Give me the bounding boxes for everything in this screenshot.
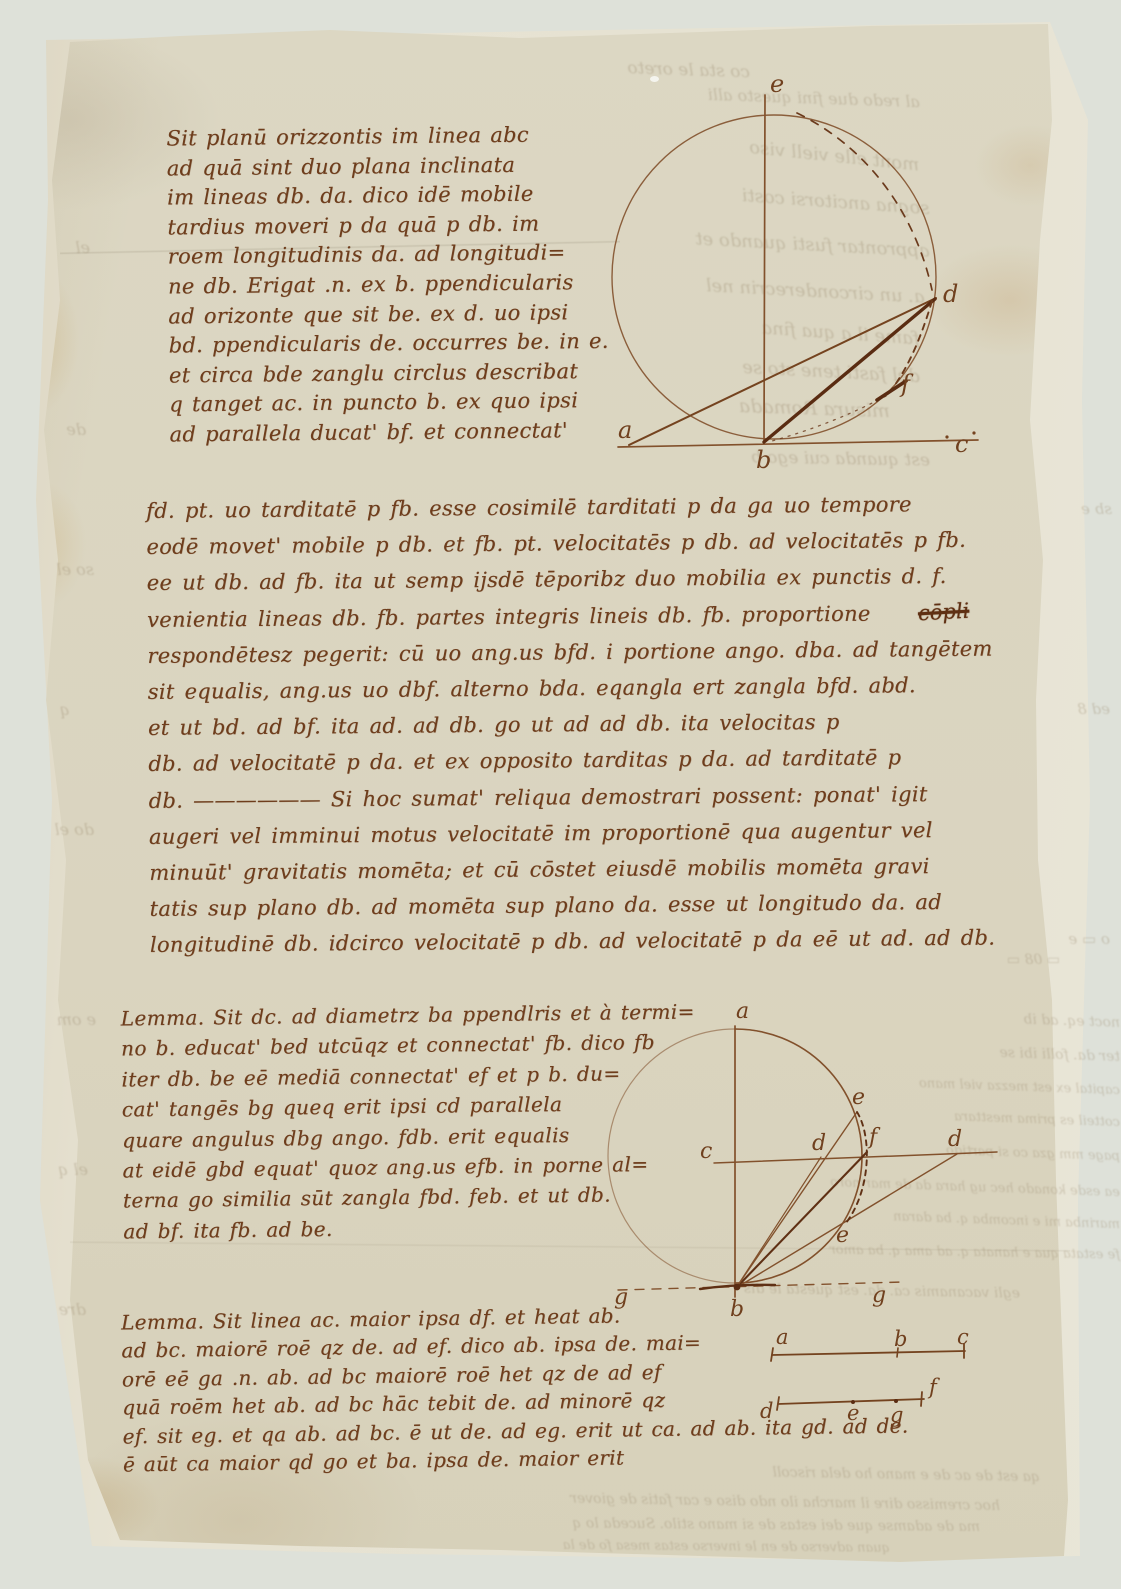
lemma-1-text: Lemma. Sit dc. ad diametrz ba ppendlris … — [121, 997, 689, 1247]
label-e: e — [770, 70, 784, 98]
text-line: ne db. Erigat .n. ex b. ppendicularis — [168, 268, 638, 303]
dashed-chord-efe — [846, 1112, 867, 1223]
label-d: d — [943, 280, 958, 308]
circle-outline — [612, 115, 936, 439]
label-b: b — [756, 446, 771, 474]
label-d-mid: d — [812, 1131, 826, 1156]
diagram-inclined-planes — [612, 95, 978, 447]
label-f: f — [899, 370, 914, 398]
dashed-arc-ed — [797, 113, 932, 290]
paragraph-velocity-proof: fd. pt. uo tarditatē p fb. esse cosimilē… — [146, 485, 1050, 963]
dashed-chord-df — [888, 301, 932, 394]
manuscript-photo: { "manuscript": { "paragraph1": { "lines… — [0, 0, 1121, 1589]
horizon-line-abc — [618, 440, 978, 447]
label-c: c — [955, 430, 968, 458]
label-f: f — [867, 1125, 881, 1150]
text-line: ad parallela ducat' bf. et connectat' — [169, 415, 639, 450]
crossed-out-word: cōpli — [917, 599, 969, 626]
line-bd-mid — [736, 1157, 821, 1288]
lemma-2-text: Lemma. Sit linea ac. maior ipsa df. et h… — [121, 1296, 1048, 1479]
text-line: bd. ppendicularis de. occurres be. in e. — [168, 327, 638, 362]
text-line: q tanget ac. in puncto b. ex quo ipsi — [169, 386, 639, 421]
vertical-diameter-be — [764, 95, 765, 443]
label-d-right: d — [948, 1127, 962, 1152]
line-ad — [629, 298, 936, 445]
paragraph-inclined-planes: Sit planū orizzontis im linea abcad quā … — [166, 120, 639, 450]
horizontal-line-cd — [714, 1152, 997, 1163]
point-b-blob — [734, 1284, 741, 1291]
ink-dot — [945, 435, 948, 438]
label-a: a — [736, 999, 749, 1024]
label-e-lower: e — [836, 1223, 849, 1248]
line-be — [736, 1112, 857, 1288]
dotted-fb — [772, 396, 886, 441]
label-e-upper: e — [852, 1085, 865, 1110]
label-c: c — [700, 1139, 712, 1164]
ink-dot — [972, 431, 975, 434]
